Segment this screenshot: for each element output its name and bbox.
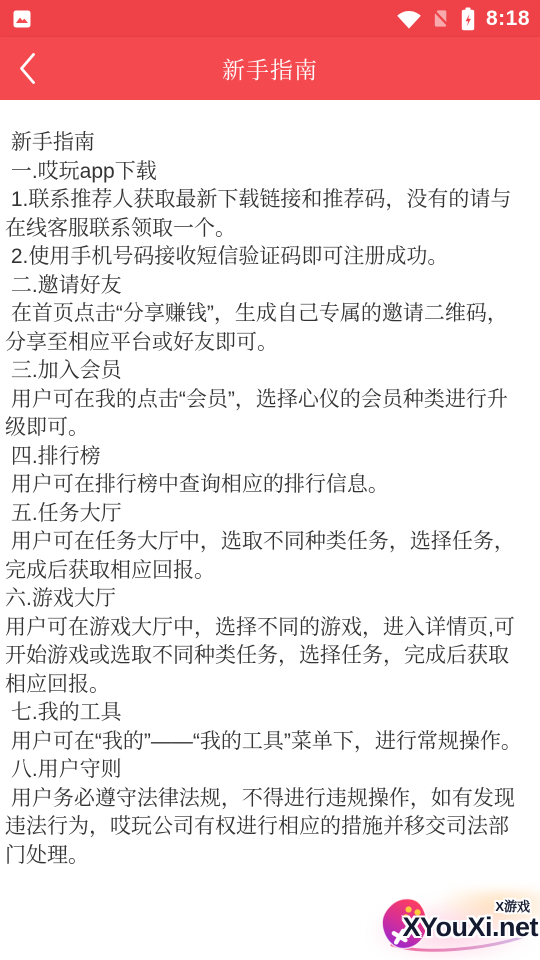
guide-paragraph: 用户务必遵守法律法规，不得进行违规操作，如有发现违法行为，哎玩公司有权进行相应的…: [5, 785, 523, 871]
guide-paragraph: 用户可在“我的”——“我的工具”菜单下，进行常规操作。: [5, 728, 523, 757]
wifi-icon: [396, 9, 422, 29]
status-bar: 8:18: [0, 0, 540, 37]
guide-paragraph: 2.使用手机号码接收短信验证码即可注册成功。: [5, 243, 523, 272]
screenshot-notification-icon: [13, 10, 31, 28]
guide-paragraph: 新手指南: [5, 129, 523, 158]
app-bar: 新手指南: [0, 37, 540, 100]
guide-paragraph: 用户可在任务大厅中，选取不同种类任务，选择任务，完成后获取相应回报。: [5, 528, 523, 585]
guide-paragraph: 一.哎玩app下载: [5, 158, 523, 187]
battery-charging-icon: [461, 7, 475, 31]
guide-paragraph: 1.联系推荐人获取最新下载链接和推荐码，没有的请与在线客服联系领取一个。: [5, 186, 523, 243]
guide-paragraph: 五.任务大厅: [5, 500, 523, 529]
clock-text: 8:18: [484, 8, 530, 29]
guide-paragraph: 四.排行榜: [5, 443, 523, 472]
guide-content[interactable]: 新手指南 一.哎玩app下载 1.联系推荐人获取最新下载链接和推荐码，没有的请与…: [0, 100, 540, 960]
guide-paragraph: 用户可在我的点击“会员”，选择心仪的会员种类进行升级即可。: [5, 386, 523, 443]
no-sim-icon: [431, 8, 452, 29]
page-title: 新手指南: [222, 52, 318, 85]
app-screen: 8:18 新手指南 新手指南 一.哎玩app下载 1.联系推荐人获取最新下载链接…: [0, 0, 540, 960]
guide-paragraph: 八.用户守则: [5, 756, 523, 785]
guide-paragraph: 三.加入会员: [5, 357, 523, 386]
guide-paragraph: 七.我的工具: [5, 699, 523, 728]
guide-paragraph: 用户可在排行榜中查询相应的排行信息。: [5, 471, 523, 500]
guide-paragraph: 在首页点击“分享赚钱”，生成自己专属的邀请二维码，分享至相应平台或好友即可。: [5, 300, 523, 357]
guide-paragraph: 二.邀请好友: [5, 272, 523, 301]
chevron-left-icon: [18, 52, 37, 85]
back-button[interactable]: [10, 37, 58, 100]
guide-paragraph: 六.游戏大厅: [5, 585, 523, 614]
guide-paragraph: 用户可在游戏大厅中，选择不同的游戏，进入详情页,可开始游戏或选取不同种类任务，选…: [5, 614, 523, 700]
